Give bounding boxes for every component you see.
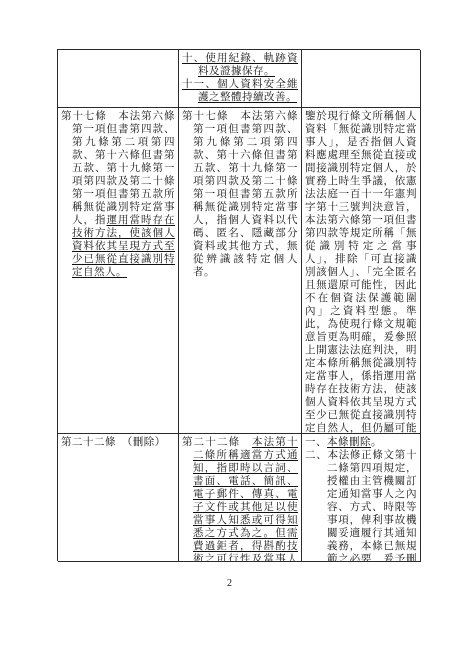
cell-art22-current: 第二十二條 本法第十二條所稱適當方式通知，指即時以言詞、書面、電話、簡訊、電子郵… <box>179 434 302 562</box>
cell-art17-current: 第十七條 本法第六條第一項但書第四款、第九條第二項第四款、第十六條但書第五款、第… <box>179 108 302 434</box>
item-1-marker: 一、 <box>305 437 327 448</box>
item-1-underlined: 本條刪除 <box>327 437 371 448</box>
item-1-tail: 。 <box>371 437 382 448</box>
article-22-current-lead: 第二十二條 <box>182 437 252 448</box>
cell-overflow-amended <box>58 50 179 108</box>
cell-overflow-current: 十、使用紀錄、軌跡資料及證據保存。 十一、個人資料安全維護之整體持續改善。 <box>179 50 302 108</box>
cell-art22-explanation: 一、本條刪除。 二、本法修正條文第十二條第四項規定，授權由主管機關訂定通知當事人… <box>302 434 421 562</box>
article-17-current-text: 第十七條 本法第六條第一項但書第四款、第九條第二項第四款、第十六條但書第五款、第… <box>182 110 298 279</box>
list-item: 二、本法修正條文第十二條第四項規定，授權由主管機關訂定通知當事人之內容、方式、時… <box>305 449 417 562</box>
list-item: 十、使用紀錄、軌跡資料及證據保存。 <box>182 52 298 78</box>
article-22-current-underlined: 本法第十二條所稱適當方式通知，指即時以言詞、書面、電話、簡訊、電子郵件、傳真、電… <box>193 437 298 562</box>
cell-art22-amended: 第二十二條 （刪除） <box>58 434 179 562</box>
amendment-comparison-table: 十、使用紀錄、軌跡資料及證據保存。 十一、個人資料安全維護之整體持續改善。 第十… <box>57 49 420 561</box>
article-17-amended-lead: 第十七條 本法第六條第一項但書第四款、第九條第二項第四款、第十六條但書第五款、第… <box>61 111 175 226</box>
page-number: 2 <box>0 578 459 589</box>
cell-art17-explanation: 鑒於現行條文所稱個人資料「無從識別特定當事人」，是否指個人資料應處理至無從直接或… <box>302 108 421 434</box>
cell-overflow-explanation <box>302 50 421 108</box>
list-item: 一、本條刪除。 <box>305 436 417 449</box>
article-17-explanation-text: 鑒於現行條文所稱個人資料「無從識別特定當事人」，是否指個人資料應處理至無從直接或… <box>305 110 417 434</box>
article-17-amended-text: 第十七條 本法第六條第一項但書第四款、第九條第二項第四款、第十六條但書第五款、第… <box>61 110 175 279</box>
article-22-current-text: 第二十二條 本法第十二條所稱適當方式通知，指即時以言詞、書面、電話、簡訊、電子郵… <box>182 436 298 562</box>
list-item: 十一、個人資料安全維護之整體持續改善。 <box>182 78 298 104</box>
document-page: 十、使用紀錄、軌跡資料及證據保存。 十一、個人資料安全維護之整體持續改善。 第十… <box>0 0 459 650</box>
cell-art17-amended: 第十七條 本法第六條第一項但書第四款、第九條第二項第四款、第十六條但書第五款、第… <box>58 108 179 434</box>
article-22-amended-text: 第二十二條 （刪除） <box>61 436 175 449</box>
